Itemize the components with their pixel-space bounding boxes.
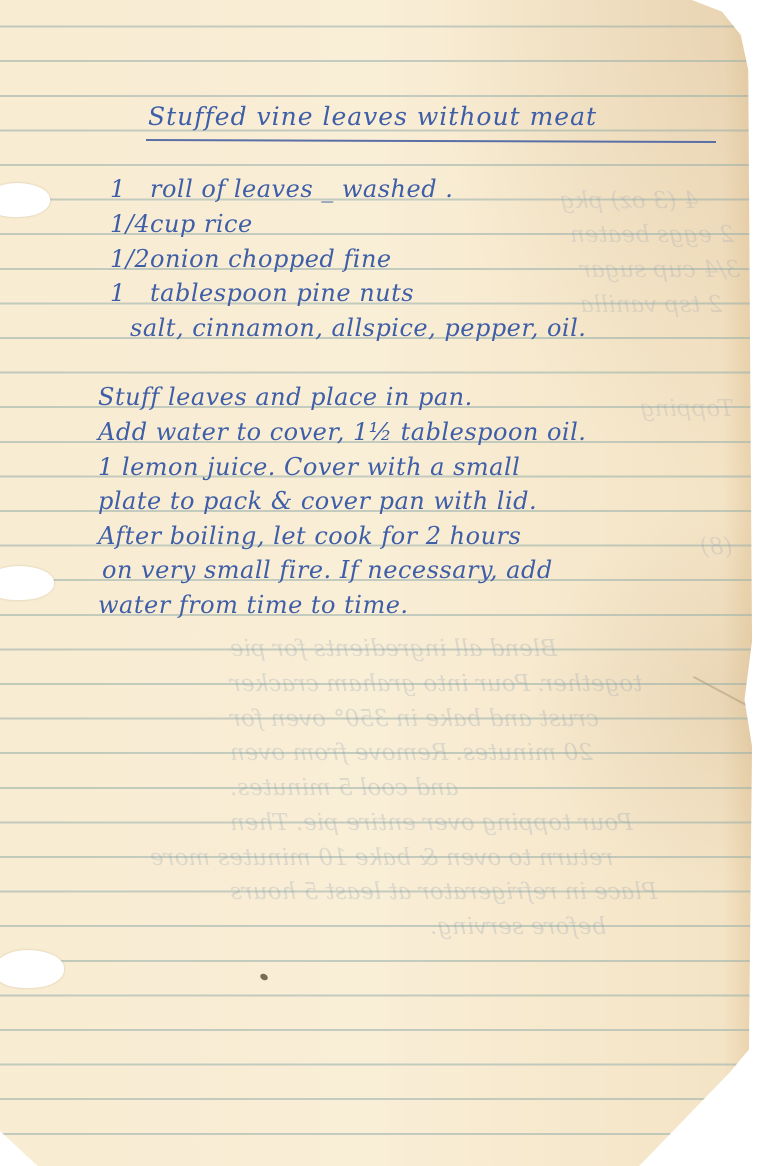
bleed-through-text: 2 eggs beaten [570, 222, 734, 248]
ingredient-text: salt, cinnamon, allspice, pepper, oil. [130, 314, 586, 342]
bleed-through-text: together. Pour into graham cracker [230, 671, 642, 697]
punch-hole [0, 950, 64, 988]
instruction-line: Add water to cover, 1½ tablespoon oil. [98, 415, 586, 450]
instruction-line: water from time to time. [98, 588, 409, 623]
ingredient-line: 1roll of leaves _ washed . [110, 172, 453, 207]
bleed-through-text: 2 tsp vanilla [580, 292, 722, 318]
instruction-line: plate to pack & cover pan with lid. [98, 484, 537, 519]
ingredient-line: 1tablespoon pine nuts [110, 276, 414, 311]
instruction-line: After boiling, let cook for 2 hours [98, 519, 521, 554]
ingredient-text: cup rice [150, 210, 253, 238]
ingredient-qty: 1 [110, 276, 150, 311]
ingredient-text: roll of leaves _ washed . [150, 175, 453, 203]
ingredient-text: onion chopped fine [150, 245, 392, 273]
bleed-through-text: Place in refrigerator at least 5 hours [230, 879, 657, 905]
bleed-through-text: Pour topping over entire pie. Then [230, 810, 633, 836]
ingredient-qty: 1 [110, 172, 150, 207]
bleed-through-text: return to oven & bake 10 minutes more [150, 845, 613, 871]
ingredient-text: tablespoon pine nuts [150, 279, 414, 307]
ingredient-line: 1/2onion chopped fine [110, 242, 392, 277]
bleed-through-text: 4 (3 oz) pkg [560, 188, 699, 214]
bleed-through-text: and cool 5 minutes. [230, 775, 459, 801]
bleed-through-text: 3/4 cup sugar [580, 257, 740, 283]
bleed-through-text: crust and bake in 350° oven for [230, 706, 599, 732]
recipe-title: Stuffed vine leaves without meat [148, 102, 597, 131]
instruction-line: 1 lemon juice. Cover with a small [98, 450, 520, 485]
bleed-through-text: (8) [700, 534, 733, 560]
bleed-through-text: before serving. [430, 914, 606, 940]
notebook-page: 4 (3 oz) pkg 2 eggs beaten 3/4 cup sugar… [0, 0, 752, 1166]
ingredient-qty: 1/4 [110, 207, 150, 242]
ingredient-line: 1/4cup rice [110, 207, 253, 242]
bleed-through-text: 20 minutes. Remove from oven [230, 740, 593, 766]
instruction-line: on very small fire. If necessary, add [102, 553, 553, 588]
ingredient-qty: 1/2 [110, 242, 150, 277]
ingredient-line: salt, cinnamon, allspice, pepper, oil. [130, 311, 586, 346]
instruction-line: Stuff leaves and place in pan. [98, 380, 473, 415]
bleed-through-text: Blend all ingredients for pie [230, 636, 557, 662]
bleed-through-text: Topping [640, 396, 734, 422]
